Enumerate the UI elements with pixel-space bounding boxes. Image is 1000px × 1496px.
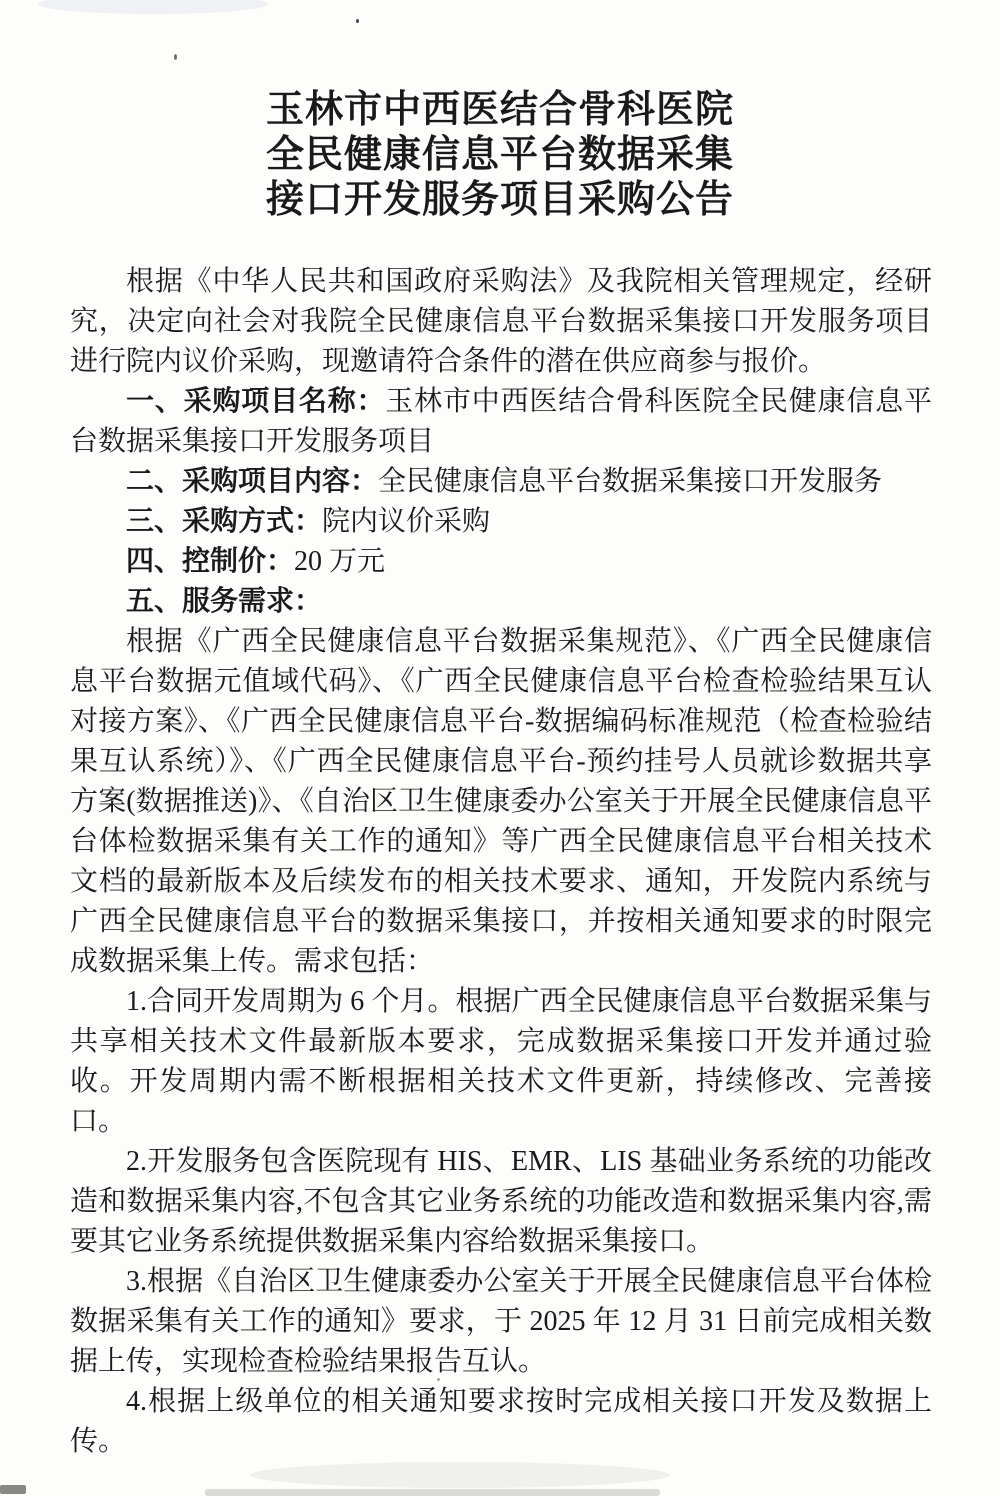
- requirements-intro-paragraph: 根据《广西全民健康信息平台数据采集规范》、《广西全民健康信息平台数据元值域代码》…: [70, 622, 932, 982]
- section-project-name-label: 一、采购项目名称：: [126, 386, 385, 417]
- scan-speck: [437, 1378, 440, 1381]
- requirement-item-1: 1.合同开发周期为 6 个月。根据广西全民健康信息平台数据采集与共享相关技术文件…: [70, 982, 932, 1142]
- document-title: 玉林市中西医结合骨科医院 全民健康信息平台数据采集 接口开发服务项目采购公告: [0, 88, 1000, 223]
- section-control-price-text: 20 万元: [294, 546, 385, 577]
- section-project-content: 二、采购项目内容：全民健康信息平台数据采集接口开发服务: [70, 462, 932, 502]
- scan-smudge: [38, 0, 268, 14]
- section-procurement-method: 三、采购方式：院内议价采购: [70, 502, 932, 542]
- document-page: 玉林市中西医结合骨科医院 全民健康信息平台数据采集 接口开发服务项目采购公告 根…: [0, 0, 1000, 1496]
- requirement-item-4: 4.根据上级单位的相关通知要求按时完成相关接口开发及数据上传。: [70, 1382, 932, 1462]
- scan-speck: [356, 19, 359, 23]
- section-project-name: 一、采购项目名称：玉林市中西医结合骨科医院全民健康信息平台数据采集接口开发服务项…: [70, 382, 932, 462]
- section-project-content-label: 二、采购项目内容：: [126, 466, 378, 497]
- section-project-content-text: 全民健康信息平台数据采集接口开发服务: [378, 466, 882, 497]
- section-service-requirements: 五、服务需求：: [70, 582, 932, 622]
- document-title-line-1: 玉林市中西医结合骨科医院: [0, 88, 1000, 133]
- section-control-price: 四、控制价：20 万元: [70, 542, 932, 582]
- requirement-item-3: 3.根据《自治区卫生健康委办公室关于开展全民健康信息平台体检数据采集有关工作的通…: [70, 1262, 932, 1382]
- section-procurement-method-label: 三、采购方式：: [126, 506, 322, 537]
- section-service-requirements-label: 五、服务需求：: [126, 586, 322, 617]
- section-procurement-method-text: 院内议价采购: [322, 506, 490, 537]
- section-control-price-label: 四、控制价：: [126, 546, 294, 577]
- scan-speck: [489, 1404, 492, 1407]
- intro-paragraph: 根据《中华人民共和国政府采购法》及我院相关管理规定，经研究，决定向社会对我院全民…: [70, 262, 932, 382]
- scan-corner-mark: [0, 1485, 26, 1494]
- requirement-item-2: 2.开发服务包含医院现有 HIS、EMR、LIS 基础业务系统的功能改造和数据采…: [70, 1142, 932, 1262]
- document-title-line-3: 接口开发服务项目采购公告: [0, 178, 1000, 223]
- document-title-line-2: 全民健康信息平台数据采集: [0, 133, 1000, 178]
- document-body: 根据《中华人民共和国政府采购法》及我院相关管理规定，经研究，决定向社会对我院全民…: [70, 262, 932, 1462]
- scan-shadow-blob: [250, 1462, 670, 1488]
- scan-speck: [174, 54, 177, 60]
- scan-speck: [566, 1397, 569, 1401]
- scan-shadow-band: [205, 1489, 660, 1496]
